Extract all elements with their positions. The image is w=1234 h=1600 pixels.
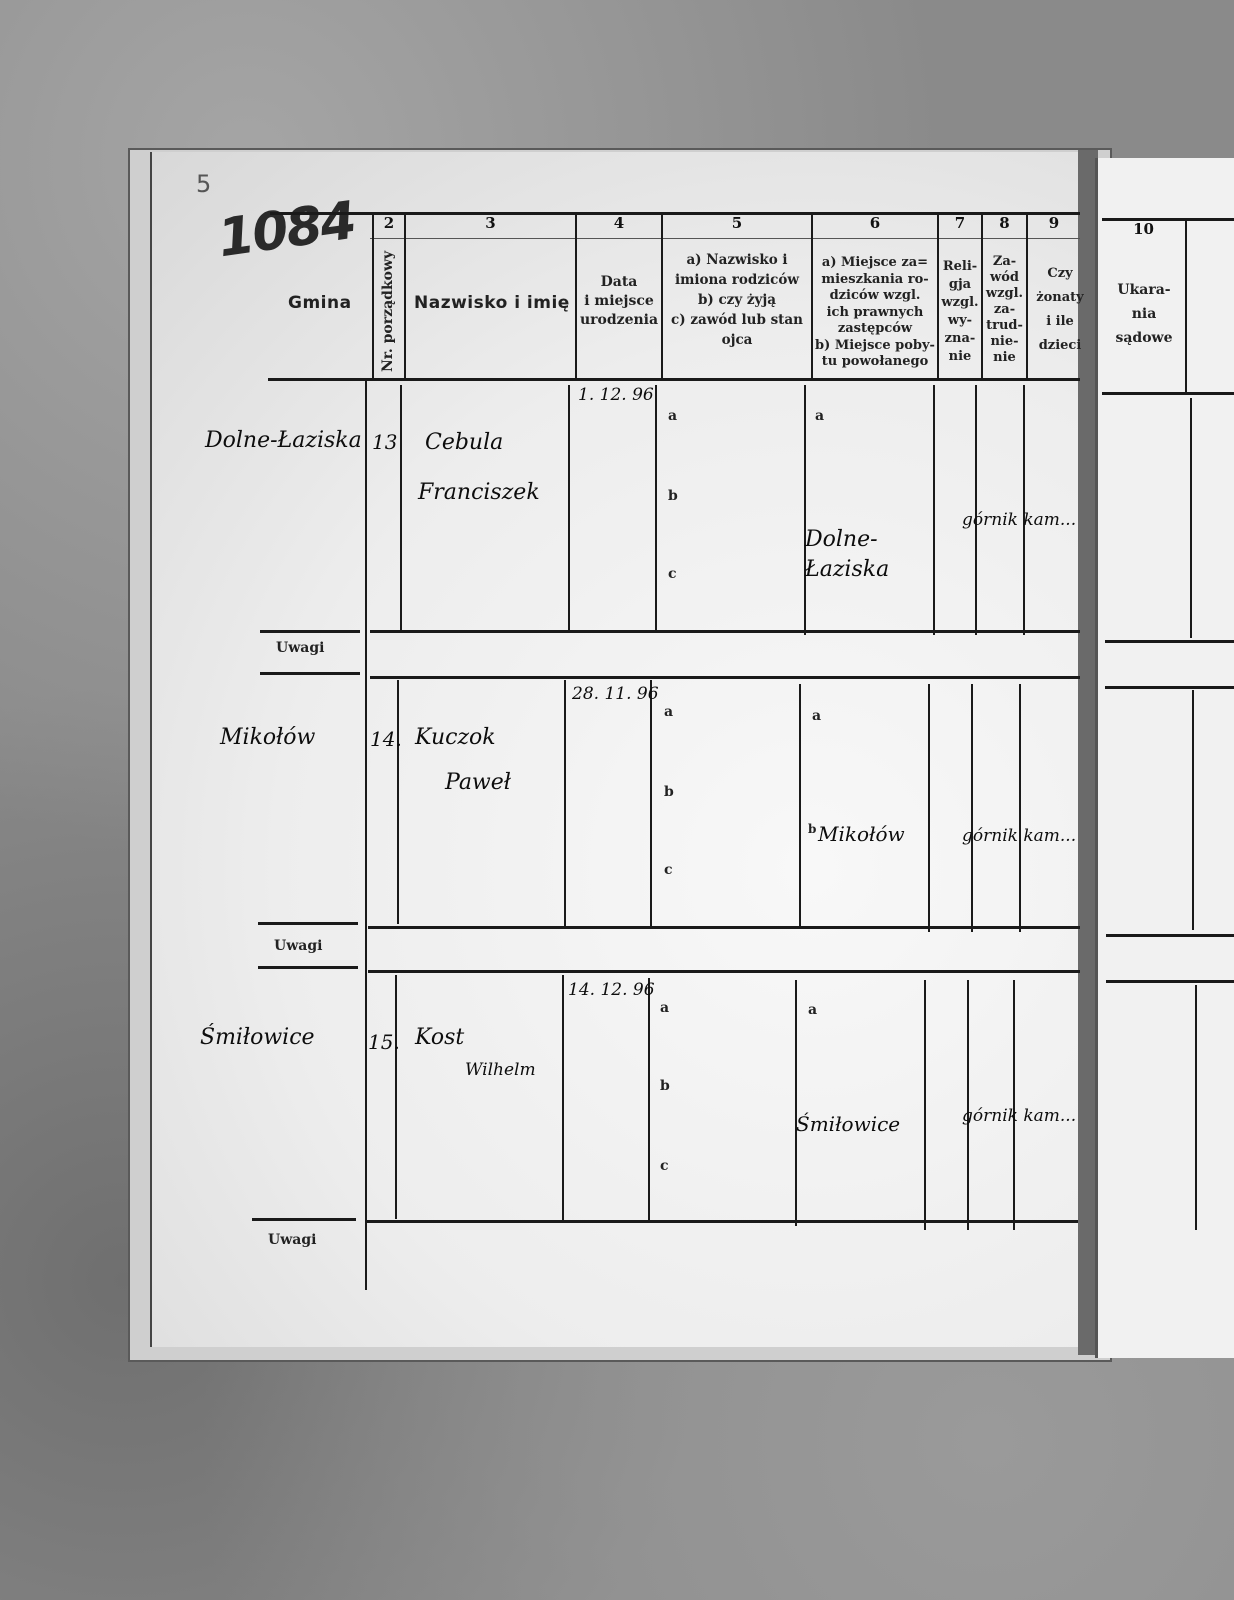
header-line: gja (939, 276, 981, 294)
col-divider (799, 684, 801, 929)
header-line: b) czy żyją (663, 290, 811, 310)
entry-birth-date: 14. 12. 96 (568, 980, 655, 1000)
entry-given-name: Franciszek (418, 480, 540, 505)
col-divider (1019, 684, 1021, 932)
sub-label-c: c (668, 566, 677, 582)
header-line: b) Miejsce poby- (813, 338, 937, 355)
header-line: Reli- (939, 258, 981, 276)
header-line: wód (983, 270, 1026, 286)
col-divider (395, 975, 397, 1219)
column-number: 6 (813, 214, 937, 232)
entry-gmina: Śmiłowice (200, 1025, 315, 1050)
row-rule (1105, 686, 1234, 689)
col-divider (650, 680, 652, 927)
header-line: tu powołanego (813, 354, 937, 371)
header-line: trud- (983, 318, 1026, 334)
header-line: za- (983, 302, 1026, 318)
header-line: Za- (983, 254, 1026, 270)
entry-birth-date: 1. 12. 96 (578, 385, 654, 405)
col-divider (1192, 690, 1194, 930)
row-rule (1106, 934, 1234, 937)
col-divider (400, 385, 402, 630)
header-ukarania: Ukara- nia sądowe (1104, 278, 1184, 350)
remarks-label: Uwagi (274, 938, 322, 954)
row-rule (1105, 640, 1234, 643)
column-number: 8 (983, 214, 1026, 232)
header-line: urodzenia (577, 311, 661, 330)
row-rule (260, 630, 360, 633)
row-rule (366, 1220, 1078, 1223)
header-line: Ukara- (1104, 278, 1184, 302)
entry-residence: Dolne-Łaziska (805, 525, 930, 585)
col-divider (404, 214, 406, 380)
row-rule (258, 922, 358, 925)
entry-birth-date: 28. 11. 96 (572, 684, 659, 704)
header-miejsce: a) Miejsce za= mieszkania ro- dziców wzg… (813, 255, 937, 371)
entry-occupation: górnik kam... (962, 510, 1082, 530)
sub-label-b: b (808, 822, 816, 836)
col-divider (1190, 398, 1192, 638)
col-divider (1026, 214, 1028, 380)
header-data-urodzenia: Data i miejsce urodzenia (577, 273, 661, 330)
entry-surname: Kost (415, 1025, 464, 1050)
header-line: Data (577, 273, 661, 292)
col-divider (564, 680, 566, 927)
header-line: wy- (939, 312, 981, 330)
header-line: c) zawód lub stan (663, 310, 811, 330)
header-line: a) Nazwisko i (663, 250, 811, 270)
col-divider (795, 980, 797, 1226)
entry-residence: Śmiłowice (796, 1112, 900, 1136)
column-number: 4 (577, 214, 661, 232)
header-gmina: Gmina (288, 293, 352, 313)
col-divider (1185, 220, 1187, 392)
entry-nr: 13 (372, 430, 397, 454)
sub-label-a: a (812, 708, 821, 724)
header-zawod: Za- wód wzgl. za- trud- nie- nie (983, 254, 1026, 366)
entry-given-name: Wilhelm (465, 1060, 536, 1080)
sub-label-a: a (660, 1000, 669, 1016)
entry-occupation: górnik kam... (962, 1106, 1082, 1126)
header-line: mieszkania ro- (813, 272, 937, 289)
sub-label-b: b (660, 1078, 670, 1094)
colnum-rule (370, 238, 1080, 239)
remarks-label: Uwagi (268, 1232, 316, 1248)
header-line: imiona rodziców (663, 270, 811, 290)
col-divider (933, 385, 935, 635)
sub-label-c: c (660, 1158, 669, 1174)
column-number: 7 (939, 214, 981, 232)
header-line: zna- (939, 330, 981, 348)
header-line: ojca (663, 330, 811, 350)
header-line: nie (983, 350, 1026, 366)
header-line: nia (1104, 302, 1184, 326)
col-divider (655, 385, 657, 630)
col-divider (372, 214, 374, 380)
header-line: nie- (983, 334, 1026, 350)
col-divider (967, 980, 969, 1230)
header-line: dzieci (1030, 334, 1090, 358)
col-divider (568, 385, 570, 630)
column-number: 3 (406, 214, 575, 232)
sub-label-a: a (808, 1002, 817, 1018)
header-nr-porzadkowy: Nr. porządkowy (380, 244, 396, 372)
sub-label-c: c (664, 862, 673, 878)
header-zonaty: Czy żonaty i ile dzieci (1030, 262, 1090, 358)
row-rule (368, 970, 1080, 973)
entry-gmina: Mikołów (220, 725, 315, 750)
page-number: 5 (196, 170, 211, 198)
col-divider (804, 385, 806, 635)
col-divider (928, 684, 930, 932)
remarks-label: Uwagi (276, 640, 324, 656)
col-divider (397, 680, 399, 924)
header-line: sądowe (1104, 326, 1184, 350)
col-divider (1013, 980, 1015, 1230)
col-divider (562, 975, 564, 1223)
row-rule (252, 1218, 356, 1221)
header-line: żonaty (1030, 286, 1090, 310)
header-bottom-rule (268, 378, 1080, 381)
header-rodzice: a) Nazwisko i imiona rodziców b) czy żyj… (663, 250, 811, 350)
header-line: wzgl. (939, 294, 981, 312)
col-divider (924, 980, 926, 1230)
sub-label-a: a (815, 408, 824, 424)
entry-surname: Kuczok (415, 725, 496, 750)
entry-gmina: Dolne-Łaziska (205, 428, 362, 453)
column-number: 10 (1102, 220, 1185, 238)
sub-label-a: a (664, 704, 673, 720)
header-line: i miejsce (577, 292, 661, 311)
entry-surname: Cebula (425, 430, 503, 455)
column-number: 9 (1028, 214, 1080, 232)
row-rule (368, 926, 1080, 929)
entry-occupation: górnik kam... (962, 826, 1082, 846)
column-number: 5 (663, 214, 811, 232)
sub-label-a: a (668, 408, 677, 424)
row-rule (370, 676, 1080, 679)
col-divider (1195, 985, 1197, 1230)
header-religja: Reli- gja wzgl. wy- zna- nie (939, 258, 981, 366)
row-rule (1106, 980, 1234, 983)
row-rule (258, 966, 358, 969)
column-number: 2 (374, 214, 404, 232)
header-line: Czy (1030, 262, 1090, 286)
entry-nr: 15. (368, 1030, 400, 1054)
header-nazwisko-imie: Nazwisko i imię (414, 293, 570, 313)
row-rule (260, 672, 360, 675)
row-rule (370, 630, 1080, 633)
header-line: wzgl. (983, 286, 1026, 302)
entry-residence: Mikołów (818, 822, 905, 846)
header-line: zastępców (813, 321, 937, 338)
sub-label-b: b (664, 784, 674, 800)
header-line: nie (939, 348, 981, 366)
entry-given-name: Paweł (445, 770, 511, 795)
col-divider (648, 978, 650, 1223)
entry-nr: 14. (370, 727, 402, 751)
col-divider (971, 684, 973, 932)
sub-label-b: b (668, 488, 678, 504)
header-line: a) Miejsce za= (813, 255, 937, 272)
header-line: ich prawnych (813, 305, 937, 322)
header-bottom-rule-right (1102, 392, 1234, 395)
gmina-divider (365, 380, 367, 1290)
header-line: dziców wzgl. (813, 288, 937, 305)
header-line: i ile (1030, 310, 1090, 334)
